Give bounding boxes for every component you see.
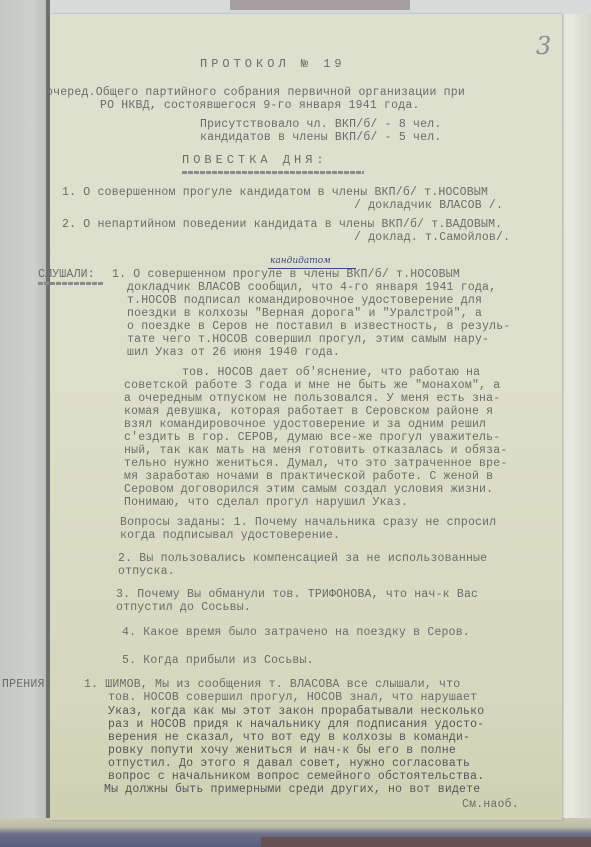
heard-label-underline <box>38 282 104 285</box>
explanation-line-1: тов. НОСОВ дает об'яснение, что работаю … <box>182 366 480 379</box>
subtitle-line-2: РО НКВД, состоявшегося 9-го января 1941 … <box>100 99 420 112</box>
agenda-item-1-reporter: / докладчик ВЛАСОВ /. <box>354 199 503 212</box>
debate-label: ПРЕНИЯ: <box>2 678 52 691</box>
questions-intro-2: когда подписывал удостоверение. <box>120 529 340 542</box>
question-2-line-2: отпуска. <box>118 565 175 578</box>
debate-line-6: ровку попути хочу жениться и нач-к бы ег… <box>108 744 456 757</box>
question-2-line-1: 2. Вы пользовались компенсацией за не ис… <box>118 552 487 565</box>
debate-line-5: верения не сказал, что вот еду в колхозы… <box>108 731 470 744</box>
attendance-candidates: кандидатов в члены ВКП/б/ - 5 чел. <box>200 131 441 144</box>
agenda-item-1: 1. О совершенном прогуле кандидатом в чл… <box>62 186 488 199</box>
explanation-line-11: Понимаю, что сделал прогул нарушил Указ. <box>124 496 408 509</box>
explanation-line-7: ный, так как мать на меня готовить отказ… <box>124 444 507 457</box>
explanation-line-6: с'ездить в гор. СЕРОВ, думаю все-же прог… <box>124 431 500 444</box>
heard-label: СЛУШАЛИ: <box>38 268 95 281</box>
debate-line-9: Мы должны быть примерными среди других, … <box>104 783 480 796</box>
explanation-line-10: Серовом договорился этим самым создал ус… <box>124 483 493 496</box>
question-3-line-2: отпустил до Сосьвы. <box>116 601 251 614</box>
heard-line-7: шил Указ от 26 июня 1940 года. <box>127 346 340 359</box>
explanation-line-4: комая девушка, которая работает в Серовс… <box>124 405 493 418</box>
question-3-line-1: 3. Почему Вы обманули тов. ТРИФОНОВА, чт… <box>116 588 478 601</box>
agenda-heading-underline <box>182 171 364 174</box>
question-5: 5. Когда прибыли из Сосьвы. <box>122 654 314 667</box>
debate-line-1: 1. ШИМОВ, Мы из сообщения т. ВЛАСОВА все… <box>84 678 460 691</box>
explanation-line-9: мя заработаю ночами в практической работ… <box>124 470 493 483</box>
debate-line-4: раз и НОСОВ придя к начальнику для подпи… <box>108 718 484 731</box>
debate-line-3: Указ, когда как мы этот закон прорабатыв… <box>108 705 484 718</box>
subtitle-line-1: очеред.Общего партийного собрания первич… <box>46 86 465 99</box>
page-number: 3 <box>536 32 551 60</box>
continued-overleaf: См.наоб. <box>462 798 519 811</box>
debate-line-2: тов. НОСОВ совершил прогул, НОСОВ знал, … <box>108 691 477 704</box>
agenda-item-2: 2. О непартийном поведении кандидата в ч… <box>62 218 502 231</box>
debate-line-7: отпустил. До этого я давал совет, нужно … <box>108 757 470 770</box>
question-4: 4. Какое время было затрачено на поездку… <box>122 626 470 639</box>
heard-line-4: поездки в колхозы "Верная дорога" и "Ура… <box>127 307 482 320</box>
debate-line-8: вопрос с начальником вопрос семейного об… <box>108 770 484 783</box>
handwritten-insert: кандидатом <box>270 256 331 266</box>
facing-page <box>0 0 48 847</box>
explanation-line-5: взял командировочное удостоверение и за … <box>124 418 486 431</box>
heard-line-5: о поездке в Серов не поставил в известно… <box>127 320 510 333</box>
heard-line-3: т.НОСОВ подписал командировочное удостов… <box>127 294 482 307</box>
heard-line-2: докладчик ВЛАСОВ сообщил, что 4-го январ… <box>127 281 496 294</box>
questions-intro-1: Вопросы заданы: 1. Почему начальника сра… <box>120 516 496 529</box>
explanation-line-8: тельно нужно жениться. Думал, что это за… <box>124 457 507 470</box>
document-title: ПРОТОКОЛ № 19 <box>200 58 346 71</box>
explanation-line-2: советской работе 3 года и мне не быть же… <box>124 379 500 392</box>
heard-line-6: тате чего т.НОСОВ совершил прогул, этим … <box>127 333 489 346</box>
agenda-heading: ПОВЕСТКА ДНЯ: <box>182 154 328 167</box>
heard-line-1: 1. О совершенном прогуле в члены ВКП/б/ … <box>112 268 460 281</box>
document-page: 3 ПРОТОКОЛ № 19 очеред.Общего партийного… <box>50 14 562 820</box>
attendance-members: Присутствовало чл. ВКП/б/ - 8 чел. <box>200 118 441 131</box>
page-bottom-edges <box>0 818 591 847</box>
agenda-item-2-reporter: / доклад. т.Самойлов/. <box>354 231 510 244</box>
explanation-line-3: а очередным отпуском не пользовался. У м… <box>124 392 500 405</box>
